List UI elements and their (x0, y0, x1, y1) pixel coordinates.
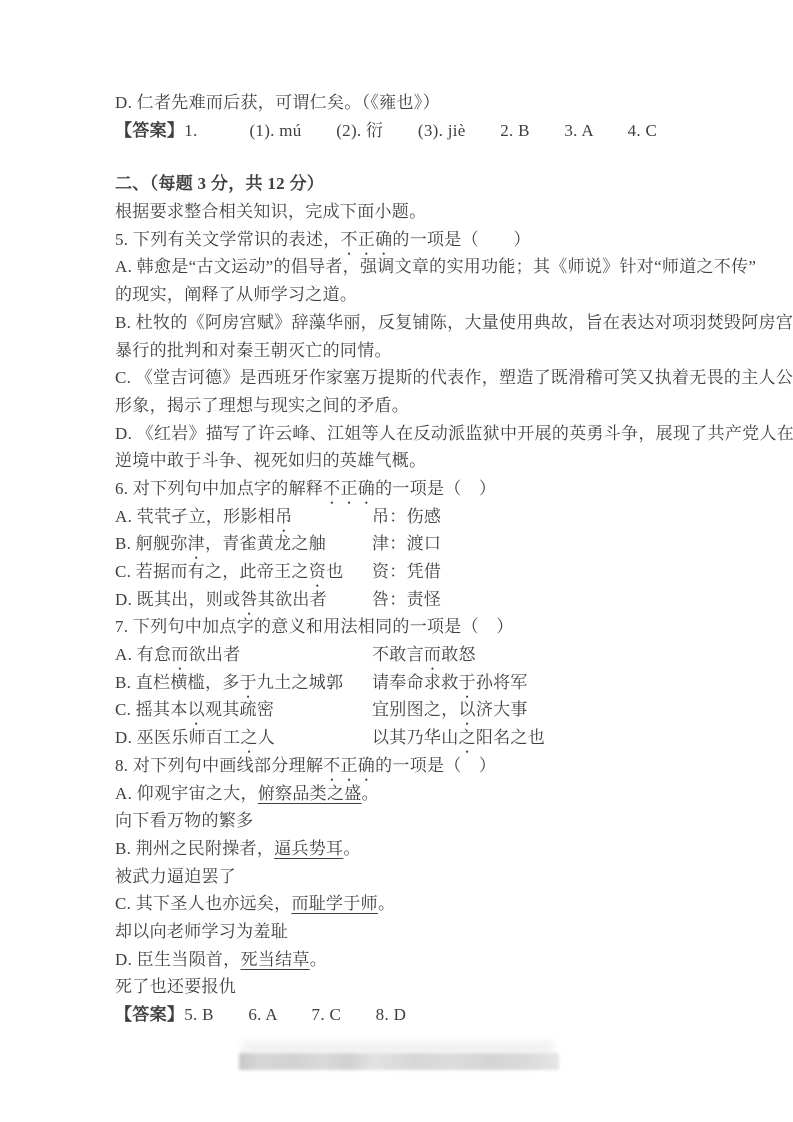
q8-option-b-note: 被武力逼迫罢了 (115, 863, 735, 891)
text-segment: 吊：伤感 (372, 507, 441, 526)
column-2: 资：凭借 (372, 558, 441, 586)
q8-option-a: A. 仰观宇宙之大，俯察品类之盛。 (115, 780, 735, 808)
q7-option-d: D. 巫医乐师百工之人以其乃华山之阳名之也 (115, 724, 735, 752)
q8-option-c: C. 其下圣人也亦远矣，而耻学于师。 (115, 890, 735, 918)
q5-option-c-line2: 形象，揭示了理想与现实之间的矛盾。 (115, 392, 735, 420)
text-segment: C. 摇其本 (115, 700, 188, 719)
underlined-phrase: 逼兵势耳 (274, 839, 343, 858)
text-segment: 却以向老师学习为羞耻 (115, 922, 288, 941)
q6-option-b: B. 舸舰弥津，青雀黄龙之舳津：渡口 (115, 530, 735, 558)
q7-option-c: C. 摇其本以观其疏密宜别图之，以济大事 (115, 696, 735, 724)
text-segment: 。 (362, 784, 379, 803)
text-segment: 孙将军 (476, 673, 528, 692)
text-segment: D. 巫医乐师百工 (115, 728, 240, 747)
emphasized-text: 以 (459, 700, 476, 719)
emphasized-text: 而 (171, 645, 188, 664)
q6-option-d: D. 既其出，则或咎其欲出者咎：责怪 (115, 586, 735, 614)
emphasized-text: 之 (240, 728, 257, 747)
q5-option-a-line2: 的现实，阐释了从师学习之道。 (115, 281, 735, 309)
text-segment: 的一项是（ ） (375, 756, 496, 775)
text-segment: A. 仰观宇宙之大， (115, 784, 258, 803)
text-segment: 逆境中敢于斗争、视死如归的英雄气概。 (115, 451, 426, 470)
text-segment: C. 其下圣人也亦远矣， (115, 894, 291, 913)
text-segment: 7. 下列句中加点字的意义和用法相同的一项是（ ） (115, 617, 514, 636)
emphasized-text: 吊 (275, 507, 292, 526)
text-segment: ，青雀黄龙之舳 (205, 534, 326, 553)
q6-option-c: C. 若据而有之，此帝王之资也资：凭借 (115, 558, 735, 586)
text-segment: B. 荆州之民附操者， (115, 839, 274, 858)
text-segment: 九土之城郭 (257, 673, 344, 692)
text-segment: 津：渡口 (372, 534, 441, 553)
text-segment: 观其疏密 (205, 700, 274, 719)
emphasized-text: 而 (424, 645, 441, 664)
emphasized-text: 于 (240, 673, 257, 692)
bold-label: 二、（每题 3 分，共 12 分） (115, 174, 324, 193)
text-segment: 。 (310, 950, 327, 969)
q8-stem: 8. 对下列句中画线部分理解不正确的一项是（ ） (115, 752, 735, 780)
q5-stem: 5. 下列有关文学常识的表述，不正确的一项是（ ） (115, 226, 735, 254)
text-segment: 5. 下列有关文学常识的表述， (115, 230, 341, 249)
q8-option-d-note: 死了也还要报仇 (115, 973, 735, 1001)
text-segment: 形象，揭示了理想与现实之间的矛盾。 (115, 396, 409, 415)
q6-stem: 6. 对下列句中加点字的解释不正确的一项是（ ） (115, 475, 735, 503)
text-segment: 欲出者 (189, 645, 241, 664)
q6-option-a: A. 茕茕孑立，形影相吊吊：伤感 (115, 503, 735, 531)
text-segment: 咎：责怪 (372, 590, 441, 609)
text-segment: 也 (326, 562, 343, 581)
text-segment: 以其乃华山 (372, 728, 459, 747)
text-segment: 资：凭借 (372, 562, 441, 581)
bold-label: 【答案】 (115, 1005, 184, 1024)
q5-option-c-line1: C. 《堂吉诃德》是西班牙作家塞万提斯的代表作，塑造了既滑稽可笑又执着无畏的主人… (115, 364, 735, 392)
q5-option-b-line2: 暴行的批判和对秦王朝灭亡的同情。 (115, 337, 735, 365)
q8-option-b: B. 荆州之民附操者，逼兵势耳。 (115, 835, 735, 863)
q7-option-b: B. 直栏横槛，多于九土之城郭请奉命求救于孙将军 (115, 669, 735, 697)
text-segment: 敢怒 (441, 645, 476, 664)
emphasized-text: 以 (188, 700, 205, 719)
text-segment: 人 (258, 728, 275, 747)
text-segment: 其欲出者 (258, 590, 327, 609)
q5-option-d-line2: 逆境中敢于斗争、视死如归的英雄气概。 (115, 447, 735, 475)
q4-option-d: D. 仁者先难而后获，可谓仁矣。（《雍也》） (115, 89, 735, 117)
text-segment: 济大事 (476, 700, 528, 719)
text-segment: D. 臣生当陨首， (115, 950, 240, 969)
q8-option-d: D. 臣生当陨首，死当结草。 (115, 946, 735, 974)
emphasized-text: 不正确 (341, 230, 393, 249)
text-segment: 死了也还要报仇 (115, 977, 236, 996)
q7-stem: 7. 下列句中加点字的意义和用法相同的一项是（ ） (115, 613, 735, 641)
q7-option-a: A. 有怠而欲出者不敢言而敢怒 (115, 641, 735, 669)
bold-label: 【答案】 (115, 121, 184, 140)
text-segment: B. 直栏横槛，多 (115, 673, 240, 692)
underlined-phrase: 俯察品类之盛 (258, 784, 362, 803)
section-2-header: 二、（每题 3 分，共 12 分） (115, 170, 735, 198)
column-2: 吊：伤感 (372, 503, 441, 531)
text-segment: 。 (343, 839, 360, 858)
text-segment: 不敢言 (372, 645, 424, 664)
text-segment: A. 有怠 (115, 645, 171, 664)
q5-option-d-line1: D. 《红岩》描写了许云峰、江姐等人在反动派监狱中开展的英勇斗争，展现了共产党人… (115, 420, 735, 448)
underlined-phrase: 死当结草 (240, 950, 309, 969)
answer-line-2: 【答案】5. B 6. A 7. C 8. D (115, 1001, 735, 1029)
answer-line-1: 【答案】1. (1). mú (2). 衍 (3). jiè 2. B 3. A… (115, 117, 735, 145)
text-segment: C. 《堂吉诃德》是西班牙作家塞万提斯的代表作，塑造了既滑稽可笑又执着无畏的主人… (115, 368, 793, 387)
column-2: 津：渡口 (372, 530, 441, 558)
text-segment: 根据要求整合相关知识，完成下面小题。 (115, 202, 426, 221)
text-segment: 。 (378, 894, 395, 913)
text-segment: 宜别图之， (372, 700, 459, 719)
text-segment: 的一项是（ ） (375, 479, 496, 498)
text-segment: B. 舸舰弥 (115, 534, 188, 553)
text-segment: 1. (1). mú (2). 衍 (3). jiè 2. B 3. A 4. … (184, 121, 657, 140)
text-segment: 8. 对下列句中画线部分理解 (115, 756, 323, 775)
text-segment: 的现实，阐释了从师学习之道。 (115, 285, 357, 304)
text-segment: 6. 对下列句中加点字的解释 (115, 479, 323, 498)
text-segment: B. 杜牧的《阿房宫赋》辞藻华丽，反复铺陈，大量使用典故，旨在表达对项羽焚毁阿房… (115, 313, 793, 332)
emphasized-text: 资 (309, 562, 326, 581)
exam-page: D. 仁者先难而后获，可谓仁矣。（《雍也》）【答案】1. (1). mú (2)… (0, 0, 793, 1122)
q5-option-b-line1: B. 杜牧的《阿房宫赋》辞藻华丽，反复铺陈，大量使用典故，旨在表达对项羽焚毁阿房… (115, 309, 735, 337)
text-segment: D. 《红岩》描写了许云峰、江姐等人在反动派监狱中开展的英勇斗争，展现了共产党人… (115, 424, 793, 443)
q5-option-a-line1: A. 韩愈是“古文运动”的倡导者，强调文章的实用功能；其《师说》针对“师道之不传… (115, 253, 735, 281)
emphasized-text: 之 (459, 728, 476, 747)
text-segment: D. 既其出，则或 (115, 590, 240, 609)
text-segment: 请奉命求救 (372, 673, 459, 692)
q8-option-a-note: 向下看万物的繁多 (115, 807, 735, 835)
text-segment: D. 仁者先难而后获，可谓仁矣。（《雍也》） (115, 93, 440, 112)
section-2-intro: 根据要求整合相关知识，完成下面小题。 (115, 198, 735, 226)
text-segment: 暴行的批判和对秦王朝灭亡的同情。 (115, 341, 392, 360)
text-segment: A. 茕茕孑立，形影相 (115, 507, 275, 526)
watermark-strip (239, 1053, 559, 1070)
underlined-phrase: 而耻学于师 (291, 894, 378, 913)
document-body: D. 仁者先难而后获，可谓仁矣。（《雍也》）【答案】1. (1). mú (2)… (115, 89, 735, 1029)
text-segment: A. 韩愈是“古文运动”的倡导者，强调文章的实用功能；其《师说》针对“师道之不传… (115, 257, 756, 276)
emphasized-text: 不正确 (323, 479, 375, 498)
text-segment: 被武力逼迫罢了 (115, 867, 236, 886)
emphasized-text: 不正确 (323, 756, 375, 775)
text-segment: C. 若据而有之，此帝王之 (115, 562, 309, 581)
text-segment: 阳名之也 (476, 728, 545, 747)
text-segment: 5. B 6. A 7. C 8. D (184, 1005, 406, 1024)
column-2: 咎：责怪 (372, 586, 441, 614)
text-segment: 向下看万物的繁多 (115, 811, 253, 830)
q8-option-c-note: 却以向老师学习为羞耻 (115, 918, 735, 946)
emphasized-text: 津 (188, 534, 205, 553)
emphasized-text: 咎 (240, 590, 257, 609)
emphasized-text: 于 (459, 673, 476, 692)
text-segment: 的一项是（ ） (392, 230, 530, 249)
